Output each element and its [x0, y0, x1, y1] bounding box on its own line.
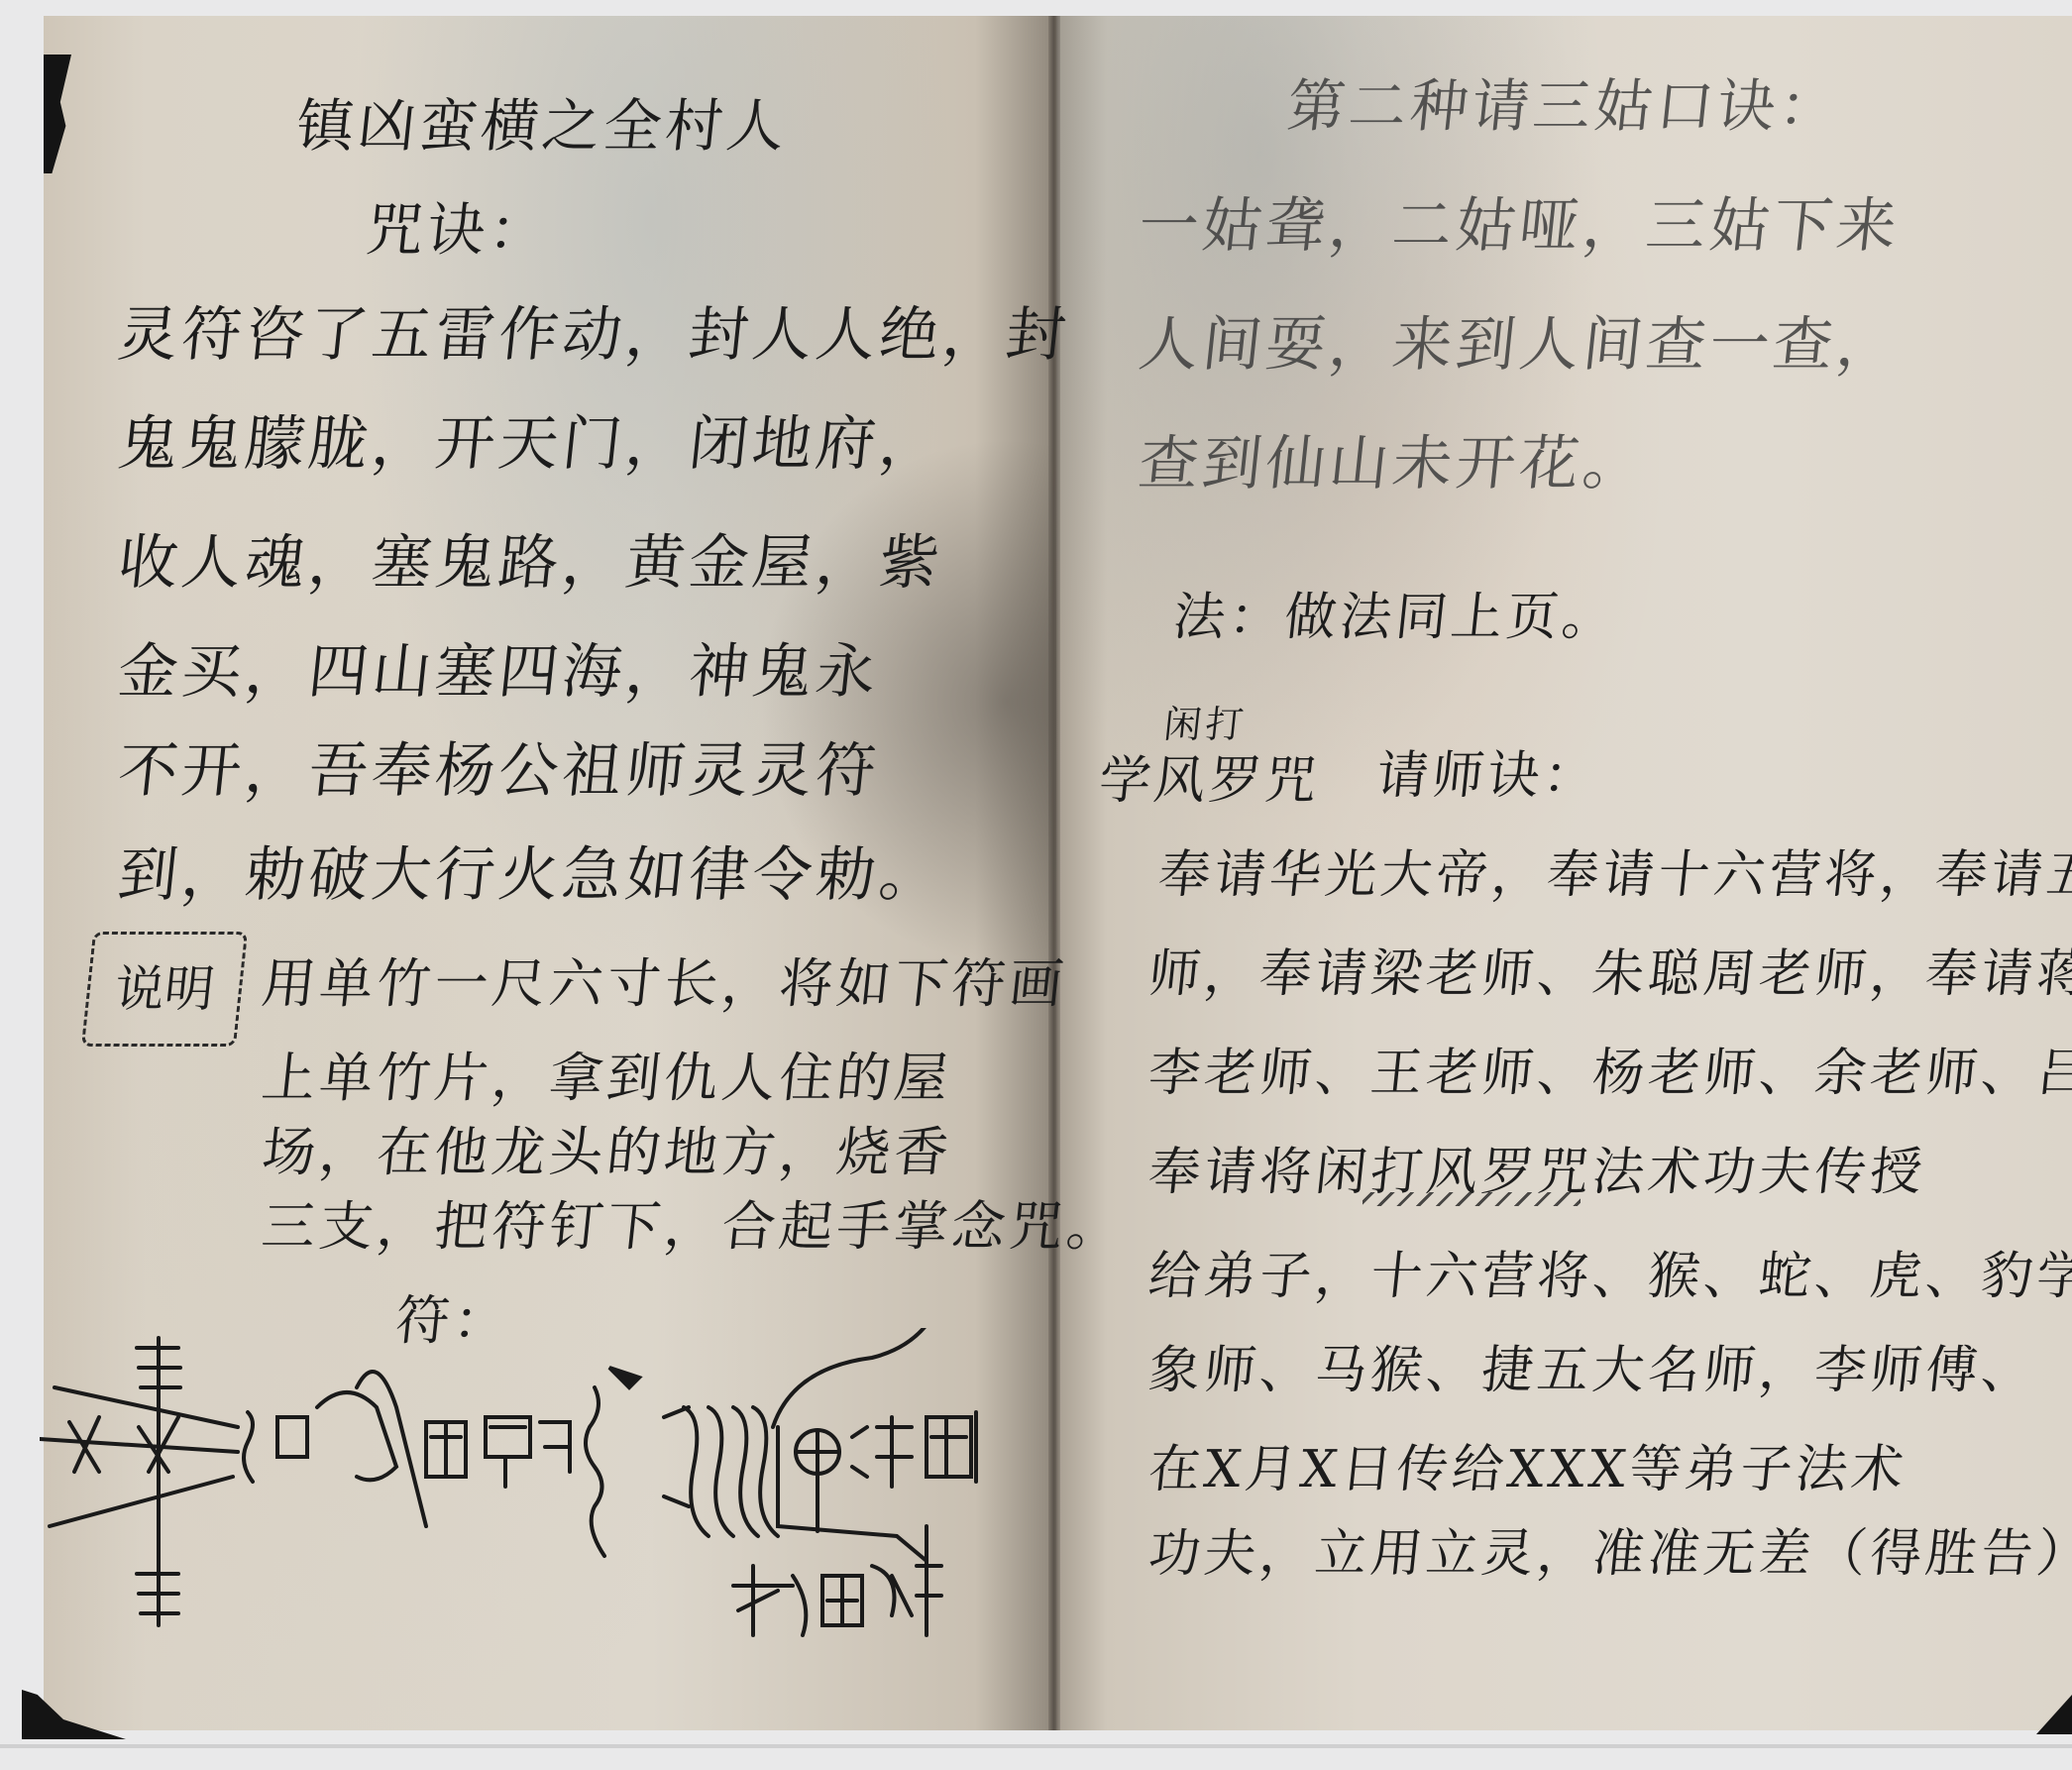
wavy-underline [1363, 1192, 1581, 1206]
left-page-subtitle: 咒诀： [363, 183, 556, 267]
body-line: 李老师、王老师、杨老师、余老师、吕老师、 [1145, 1031, 2072, 1105]
talisman-drawing-icon [40, 1328, 1011, 1655]
section-prefix: 学 [1096, 738, 1159, 813]
incantation-line: 人间耍，来到人间查一查， [1135, 297, 1905, 383]
method-line: 法：做法同上页。 [1170, 575, 1622, 649]
page-bottom-shadow [0, 1744, 2072, 1748]
incantation-line: 查到仙山未开花。 [1135, 416, 1651, 501]
section-mid: 风罗咒 [1150, 738, 1325, 813]
note-line: 场，在他龙头的地方，烧香 [259, 1110, 956, 1186]
note-line: 用单竹一尺六寸长，将如下符画 [259, 941, 1071, 1018]
body-line: 给弟子，十六营将、猴、蛇、虎、豹学师、 [1145, 1234, 2072, 1308]
note-line: 三支，把符钉下，合起手掌念咒。 [259, 1184, 1129, 1261]
incantation-line: 收人魂，塞鬼路，黄金屋，紫 [114, 515, 947, 601]
body-line: 象师、马猴、捷五大名师，李师傅、 [1145, 1328, 2041, 1402]
note-label-box: 说明 [81, 932, 248, 1047]
book-spine [1048, 16, 1060, 1730]
incantation-line: 鬼鬼朦胧，开天门，闭地府， [114, 396, 947, 482]
body-line: 在X月X日传给XXX等弟子法术 [1145, 1427, 1911, 1501]
incantation-line: 灵符咨了五雷作动，封人人绝，封 [114, 287, 1074, 373]
body-line: 奉请华光大帝，奉请十六营将，奉请五大名 [1155, 832, 2072, 907]
body-line: 功夫，立用立灵，准准无差（得胜告） [1145, 1511, 2072, 1586]
incantation-line: 不开，吾奉杨公祖师灵灵符 [114, 723, 884, 809]
incantation-line: 到，勅破大行火急如律令勅。 [114, 828, 947, 913]
body-line: 师，奉请梁老师、朱聪周老师，奉请蒋老师、 [1145, 932, 2072, 1006]
incantation-line: 金买，四山塞四海，神鬼永 [114, 624, 884, 710]
left-page-title: 镇凶蛮横之全村人 [293, 79, 794, 163]
incantation-line: 一姑聋，二姑哑，三姑下来 [1135, 178, 1905, 264]
section-title: 请师诀： [1373, 733, 1603, 808]
right-page-title: 第二种请三姑口诀： [1284, 59, 1846, 143]
note-line: 上单竹片，拿到仇人住的屋 [259, 1036, 956, 1112]
